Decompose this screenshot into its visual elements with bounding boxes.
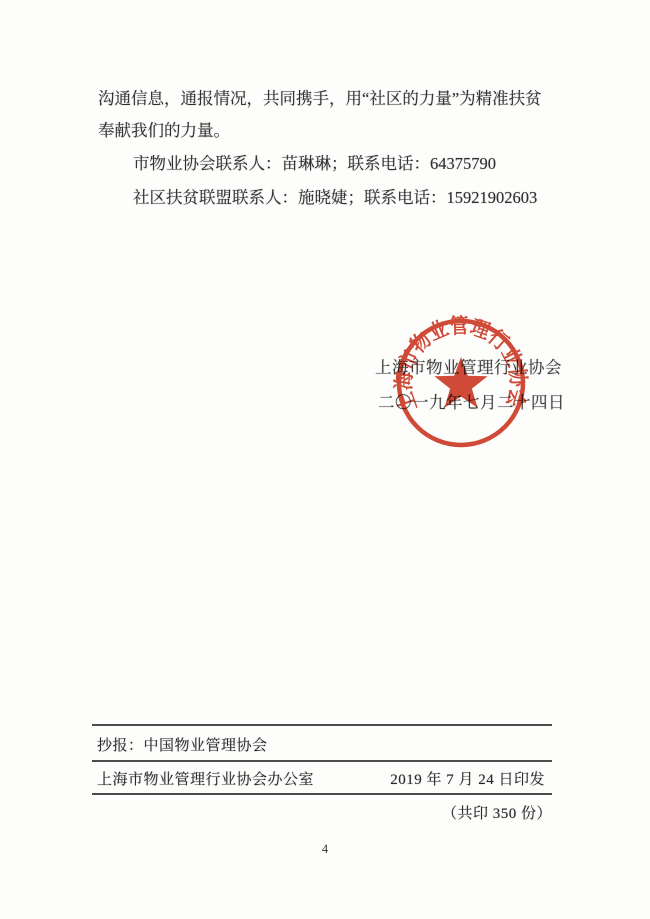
footer-divider-middle [92, 760, 552, 762]
page-number: 4 [0, 842, 650, 857]
paragraph-line: 奉献我们的力量。 [98, 121, 230, 141]
contact-line-association: 市物业协会联系人：苗琳琳；联系电话：64375790 [133, 154, 496, 174]
contact-line-alliance: 社区扶贫联盟联系人：施晓婕；联系电话：15921902603 [133, 188, 537, 208]
footer-copies: （共印 350 份） [442, 804, 552, 824]
footer-cc: 抄报：中国物业管理协会 [97, 736, 268, 756]
footer-divider-top [92, 724, 552, 726]
official-seal: 上海市物业管理行业协会 [381, 303, 541, 463]
seal-star [434, 357, 487, 408]
paragraph-line: 沟通信息，通报情况，共同携手，用“社区的力量”为精准扶贫 [98, 89, 542, 109]
seal-graphic: 上海市物业管理行业协会 [381, 303, 541, 463]
document-page: 沟通信息，通报情况，共同携手，用“社区的力量”为精准扶贫 奉献我们的力量。 市物… [0, 0, 650, 919]
footer-issue-date: 2019 年 7 月 24 日印发 [390, 770, 545, 790]
footer-divider-bottom [92, 793, 552, 795]
footer-issuer: 上海市物业管理行业协会办公室 [97, 770, 314, 790]
